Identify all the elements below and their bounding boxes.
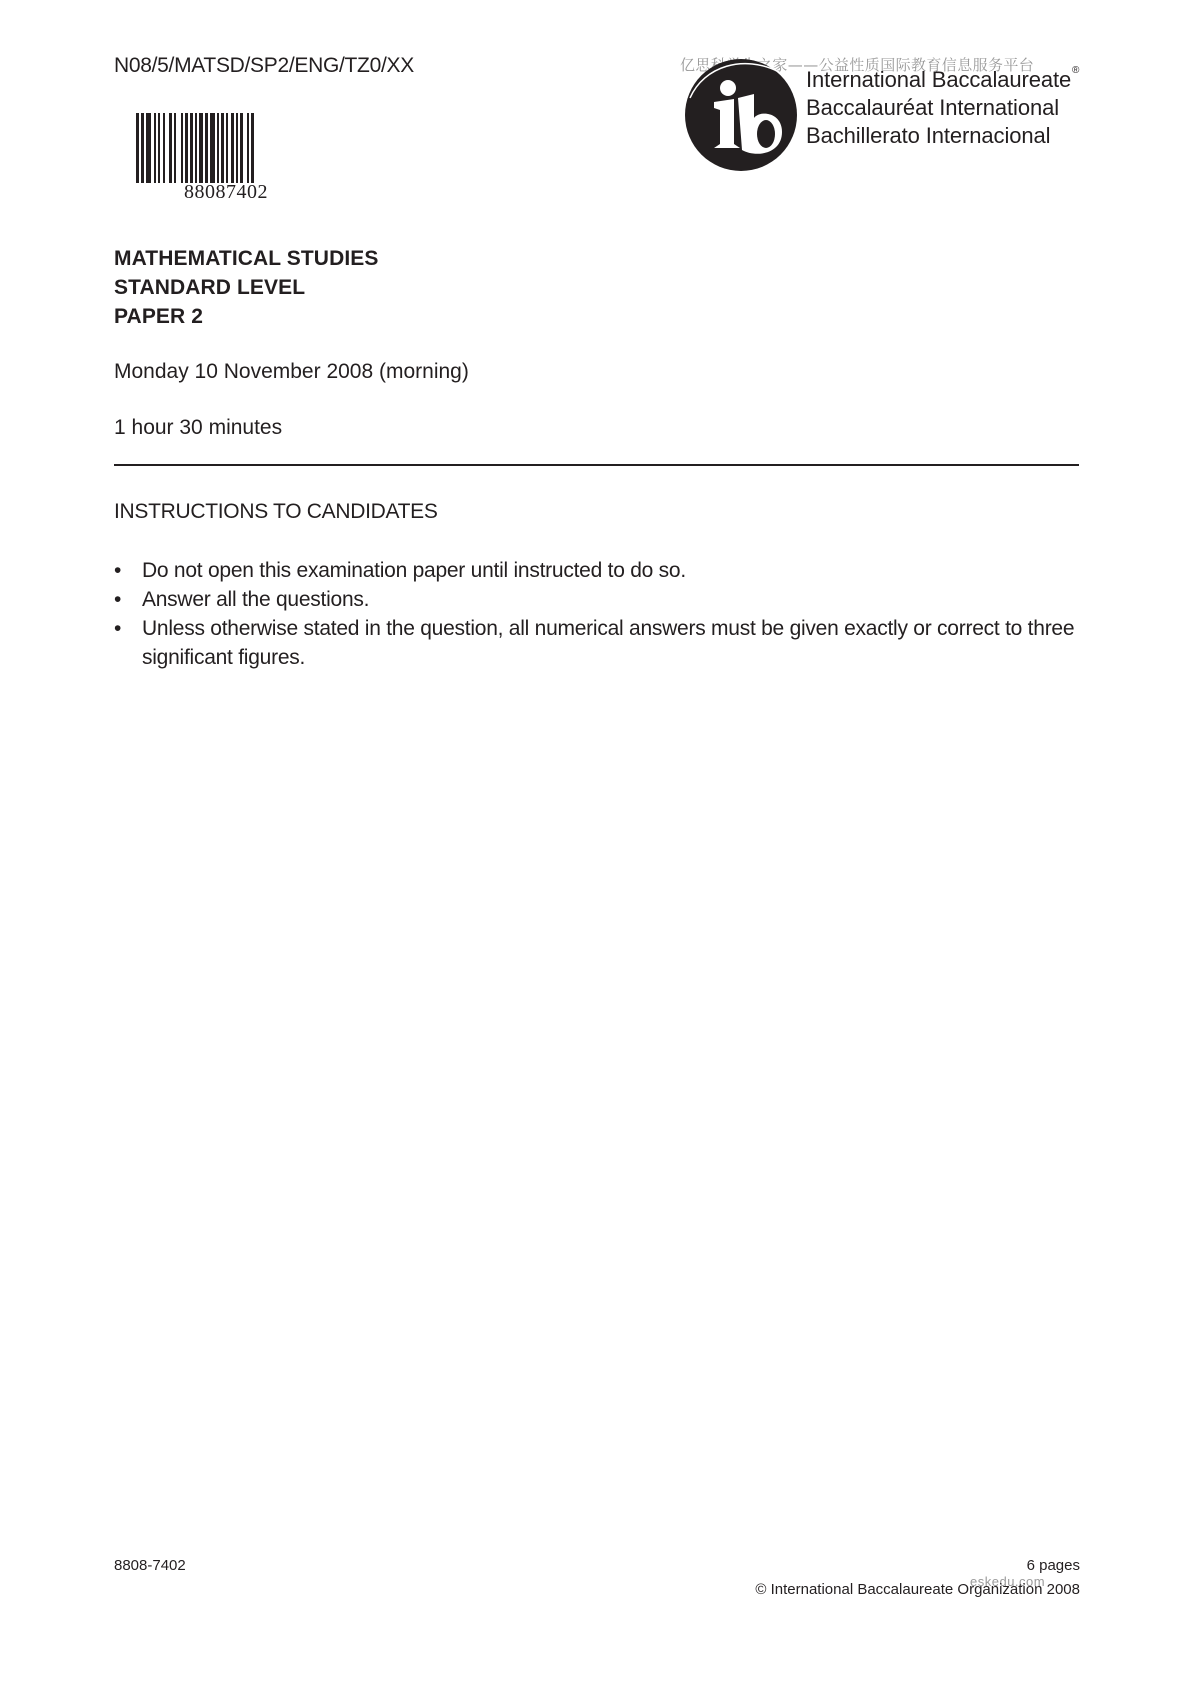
footer-page-count: 6 pages: [1027, 1557, 1080, 1574]
instruction-item: • Do not open this examination paper unt…: [114, 556, 1084, 585]
exam-level: STANDARD LEVEL: [114, 273, 379, 302]
ib-name-spanish: Bachillerato Internacional: [806, 122, 1071, 150]
exam-date: Monday 10 November 2008 (morning): [114, 360, 469, 384]
barcode-icon: [136, 113, 316, 183]
exam-duration: 1 hour 30 minutes: [114, 416, 282, 440]
instructions-list: • Do not open this examination paper unt…: [114, 556, 1084, 672]
instruction-text: Do not open this examination paper until…: [142, 559, 686, 582]
divider-rule: [114, 464, 1079, 466]
exam-paper: PAPER 2: [114, 302, 379, 331]
instruction-text: Unless otherwise stated in the question,…: [142, 617, 1074, 669]
ib-logo-icon: [684, 58, 798, 172]
bullet-icon: •: [114, 614, 121, 643]
footer-copyright: © International Baccalaureate Organizati…: [755, 1581, 1080, 1598]
paper-reference-code: N08/5/MATSD/SP2/ENG/TZ0/XX: [114, 54, 414, 78]
instructions-heading: INSTRUCTIONS TO CANDIDATES: [114, 500, 438, 524]
exam-title: MATHEMATICAL STUDIES STANDARD LEVEL PAPE…: [114, 244, 379, 331]
exam-subject: MATHEMATICAL STUDIES: [114, 244, 379, 273]
bullet-icon: •: [114, 556, 121, 585]
barcode-number: 88087402: [136, 181, 316, 204]
instruction-text: Answer all the questions.: [142, 588, 369, 611]
ib-name-english: International Baccalaureate: [806, 66, 1071, 94]
footer-paper-code: 8808-7402: [114, 1557, 186, 1574]
bullet-icon: •: [114, 585, 121, 614]
ib-name-french: Baccalauréat International: [806, 94, 1071, 122]
registered-mark: ®: [1072, 65, 1079, 76]
ib-organization-names: International Baccalaureate Baccalauréat…: [806, 66, 1071, 150]
instruction-item: • Unless otherwise stated in the questio…: [114, 614, 1084, 672]
instruction-item: • Answer all the questions.: [114, 585, 1084, 614]
